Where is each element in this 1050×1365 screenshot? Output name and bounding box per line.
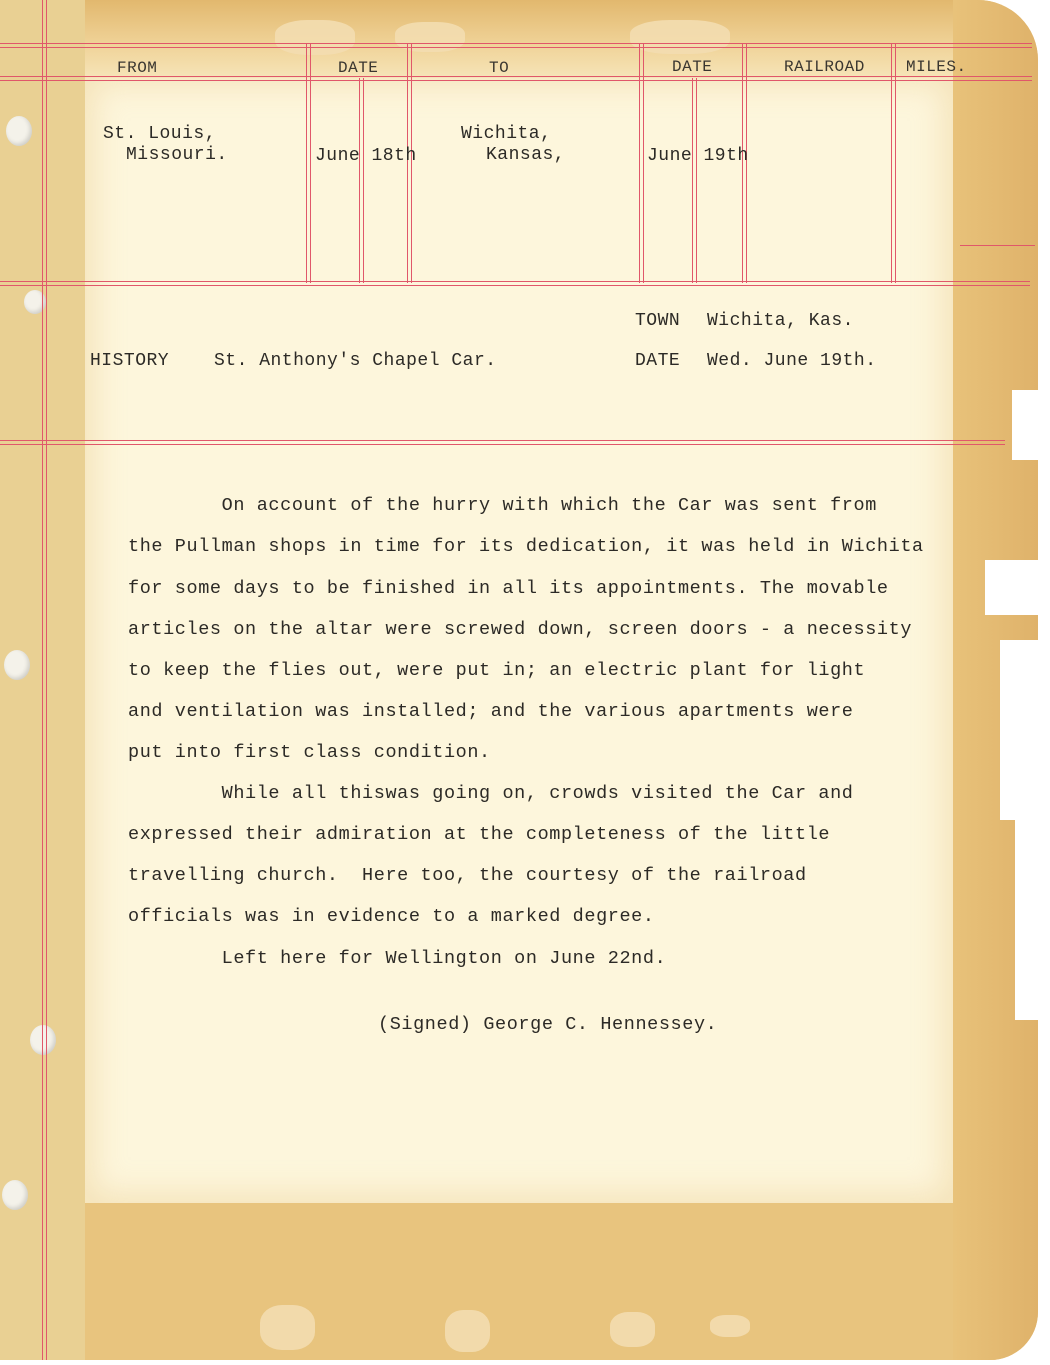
header-from: FROM [117, 59, 157, 77]
history-value: St. Anthony's Chapel Car. [214, 351, 497, 371]
binder-hole [4, 650, 30, 680]
rule-history-bottom [0, 440, 1005, 441]
cell-to-line2: Kansas, [486, 145, 565, 165]
header-date-arrive: DATE [672, 58, 712, 76]
body-line: to keep the flies out, were put in; an e… [128, 660, 865, 681]
torn-edge [985, 560, 1038, 615]
body-line: Left here for Wellington on June 22nd. [128, 948, 666, 969]
stain [260, 1305, 315, 1350]
town-value: Wichita, Kas. [707, 311, 854, 331]
body-line: put into first class condition. [128, 742, 491, 763]
stain [710, 1315, 750, 1337]
binder-hole [2, 1180, 28, 1210]
body-line: for some days to be finished in all its … [128, 578, 889, 599]
torn-edge [1000, 640, 1038, 820]
ledger-page: FROM DATE TO DATE RAILROAD MILES. St. Lo… [0, 0, 1038, 1360]
body-line: officials was in evidence to a marked de… [128, 906, 655, 927]
body-line: and ventilation was installed; and the v… [128, 701, 854, 722]
stain [445, 1310, 490, 1352]
rule-fragment [960, 245, 1035, 246]
body-line: On account of the hurry with which the C… [128, 495, 877, 516]
cell-from-line1: St. Louis, [103, 124, 216, 144]
rule-margin [42, 0, 43, 1360]
cell-date-arrive: June 19th [647, 146, 749, 166]
date-value: Wed. June 19th. [707, 351, 877, 371]
stain [630, 20, 730, 54]
history-label: HISTORY [90, 351, 169, 371]
date-label: DATE [635, 351, 680, 371]
stain [275, 20, 355, 55]
header-miles: MILES. [906, 58, 967, 76]
cell-from-line2: Missouri. [126, 145, 228, 165]
signature: (Signed) George C. Hennessey. [378, 1014, 717, 1035]
town-label: TOWN [635, 311, 680, 331]
body-line: While all thiswas going on, crowds visit… [128, 783, 854, 804]
rule-top [0, 43, 1032, 44]
body-line: the Pullman shops in time for its dedica… [128, 536, 924, 557]
rule-col-to [639, 43, 640, 283]
torn-edge [1012, 390, 1038, 460]
rule-table-bottom [0, 281, 1030, 282]
header-to: TO [489, 59, 509, 77]
body-line: travelling church. Here too, the courtes… [128, 865, 807, 886]
header-railroad: RAILROAD [784, 58, 865, 76]
binder-hole [6, 116, 32, 146]
header-date-depart: DATE [338, 59, 378, 77]
binder-hole [30, 1025, 56, 1055]
cell-to-line1: Wichita, [461, 124, 551, 144]
rule-col-date2-split [692, 78, 693, 283]
torn-edge [1015, 820, 1038, 1020]
body-line: articles on the altar were screwed down,… [128, 619, 912, 640]
rule-col-date1-split [359, 78, 360, 283]
rule-col-railroad [891, 43, 892, 283]
body-line: expressed their admiration at the comple… [128, 824, 830, 845]
stain [610, 1312, 655, 1347]
rule-col-from [306, 43, 307, 283]
cell-date-depart: June 18th [315, 146, 417, 166]
